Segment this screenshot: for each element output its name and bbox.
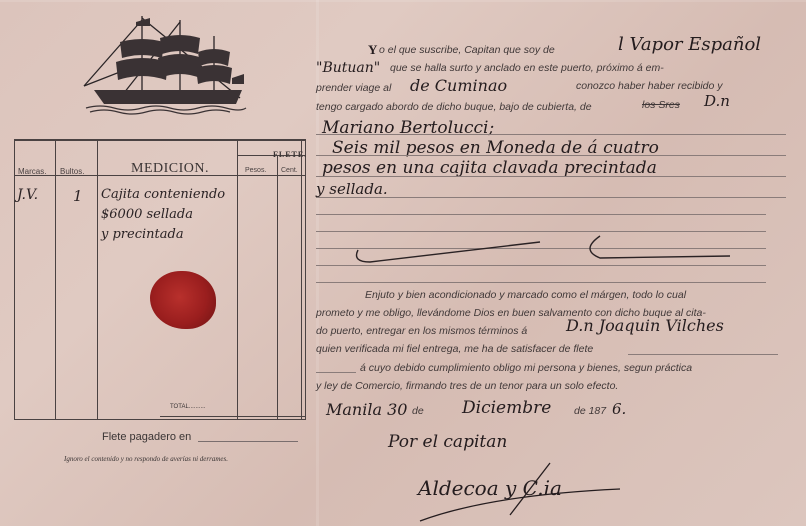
header-bultos: Bultos. [60, 167, 84, 176]
hand-ship-name: "Butuan" [316, 60, 380, 76]
hand-date-place: Manila 30 [326, 400, 407, 419]
hand-consignee: D.n Joaquin Vilches [566, 316, 724, 335]
column-divider [97, 141, 98, 419]
fill-line [316, 134, 786, 135]
hand-date-year: 6. [612, 400, 626, 418]
cell-marcas: J.V. [17, 187, 38, 203]
hand-destination: de Cuminao [410, 76, 507, 95]
cancel-flourish-icon [350, 230, 770, 270]
para2-line3: do puerto, entregar en los mismos términ… [316, 325, 527, 337]
flete-pagadero-blank [198, 441, 298, 442]
cell-medicion-line2: $6000 sellada [101, 207, 193, 222]
flete-pagadero-label: Flete pagadero en [102, 431, 191, 443]
hand-vessel-type: l Vapor Español [618, 34, 761, 55]
column-divider [55, 141, 56, 419]
flete-blank [628, 354, 778, 355]
date-year-print: de 187 [574, 405, 606, 417]
hand-shipper-name: Mariano Bertolucci; [322, 118, 494, 138]
column-divider [277, 155, 278, 419]
disclaimer-text: Ignoro el contenido y no respondo de ave… [64, 455, 228, 463]
header-cent: Cent. [281, 167, 298, 174]
body-line1: o el que suscribe, Capitan que soy de [379, 44, 555, 56]
total-rule [160, 416, 306, 417]
header-pesos: Pesos. [245, 167, 266, 174]
signature-flourish-icon [410, 455, 630, 525]
header-medicion: MEDICION. [131, 161, 209, 177]
body-line3a: prender viage al [316, 82, 391, 94]
fill-line [316, 282, 766, 283]
initial-letter: Y [368, 42, 377, 58]
column-divider [237, 141, 238, 419]
cell-medicion-line3: y precintada [101, 227, 184, 242]
sailing-ship-engraving-icon [80, 8, 250, 118]
header-marcas: Marcas. [18, 167, 46, 176]
fill-line [316, 197, 786, 198]
red-wax-seal [150, 271, 216, 329]
para2-line4: quien verificada mi fiel entrega, me ha … [316, 343, 593, 355]
hand-cargo-line2: pesos en una cajita clavada precintada [322, 158, 657, 178]
paper-edge [0, 0, 806, 2]
para2-line5: á cuyo debido cumplimiento obligo mi per… [360, 362, 692, 374]
hand-closing: Por el capitan [388, 432, 507, 452]
para2-line1: Enjuto y bien acondicionado y marcado co… [365, 289, 686, 301]
fold-crease [316, 0, 319, 526]
body-line4: tengo cargado abordo de dicho buque, baj… [316, 101, 592, 113]
struck-los-sres: los Sres [642, 99, 680, 111]
hand-date-month: Diciembre [462, 398, 551, 418]
cell-medicion-line1: Cajita conteniendo [101, 187, 225, 202]
column-divider [301, 141, 302, 419]
body-line3b: conozco haber haber recibido y [576, 80, 723, 92]
bill-of-lading-document: Marcas. Bultos. MEDICION. FLETE. Pesos. … [0, 0, 806, 526]
total-label: TOTAL.......... [170, 404, 205, 410]
fill-line [316, 214, 766, 215]
body-line2: que se halla surto y anclado en este pue… [390, 62, 664, 74]
para2-line6: y ley de Comercio, firmando tres de un t… [316, 380, 618, 392]
hand-don: D.n [704, 92, 730, 110]
flete-blank-cont [316, 372, 356, 373]
date-de-1: de [412, 405, 424, 417]
fill-line [316, 155, 786, 156]
cell-bultos: 1 [73, 187, 83, 205]
fill-line [316, 176, 786, 177]
hand-cargo-line3: y sellada. [316, 180, 388, 198]
header-flete: FLETE. [273, 150, 307, 159]
